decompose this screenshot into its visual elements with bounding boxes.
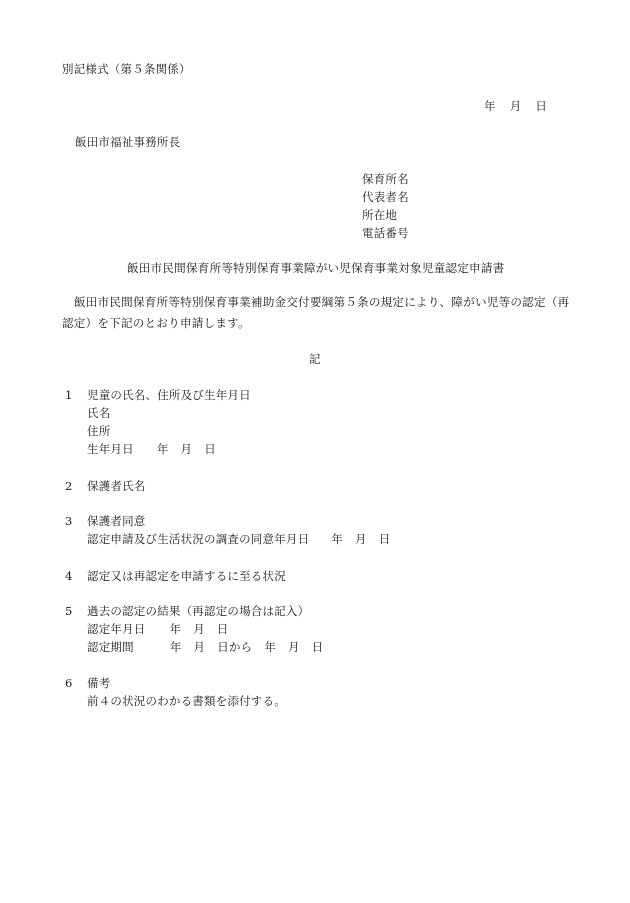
ki-heading: 記 — [309, 354, 321, 366]
item-number-5: 5 — [65, 606, 72, 618]
certification-period-label: 認定期間 — [87, 640, 134, 654]
child-name-label: 氏名 — [87, 408, 110, 420]
child-birthdate: 生年月日年月日 — [87, 444, 216, 456]
certification-month: 月 — [193, 622, 205, 636]
form-label: 別記様式（第５条関係） — [62, 64, 191, 76]
birthdate-day: 日 — [204, 442, 216, 456]
remarks-text: 前４の状況のわかる書類を添付する。 — [87, 696, 286, 708]
field-address: 所在地 — [362, 210, 397, 222]
certification-date: 認定年月日年月日 — [87, 624, 229, 636]
child-birthdate-label: 生年月日 — [87, 442, 134, 456]
item-heading-6: 備考 — [87, 678, 110, 690]
consent-year: 年 — [331, 532, 343, 546]
item-heading-4: 認定又は再認定を申請するに至る状況 — [87, 571, 286, 583]
field-nursery-name: 保育所名 — [362, 174, 409, 186]
field-phone-number: 電話番号 — [362, 228, 409, 240]
date-year: 年 — [484, 99, 496, 113]
field-representative-name: 代表者名 — [362, 192, 409, 204]
certification-day: 日 — [217, 622, 229, 636]
consent-month: 月 — [355, 532, 367, 546]
item-heading-5: 過去の認定の結果（再認定の場合は記入） — [87, 606, 309, 618]
date-month: 月 — [510, 99, 522, 113]
item-number-3: 3 — [65, 516, 72, 528]
period-start-year: 年 — [170, 640, 182, 654]
item-heading-3: 保護者同意 — [87, 516, 146, 528]
consent-date-label: 認定申請及び生活状況の調査の同意年月日 — [87, 532, 309, 546]
addressee: 飯田市福祉事務所長 — [75, 137, 180, 149]
item-heading-2: 保護者氏名 — [87, 481, 146, 493]
certification-date-label: 認定年月日 — [87, 622, 146, 636]
period-end-day: 日 — [312, 640, 324, 654]
item-number-4: 4 — [65, 571, 72, 583]
certification-year: 年 — [170, 622, 182, 636]
consent-day: 日 — [379, 532, 391, 546]
body-line-1: 飯田市民間保育所等特別保育事業補助金交付要綱第５条の規定により、障がい児等の認定… — [74, 297, 569, 309]
period-start-day: 日から — [217, 640, 252, 654]
application-date: 年月日 — [484, 101, 547, 113]
item-number-2: 2 — [65, 481, 72, 493]
certification-period: 認定期間年月日から年月日 — [87, 642, 323, 654]
period-end-month: 月 — [288, 640, 300, 654]
birthdate-year: 年 — [157, 442, 169, 456]
date-day: 日 — [535, 99, 547, 113]
consent-date: 認定申請及び生活状況の調査の同意年月日年月日 — [87, 534, 390, 546]
item-heading-1: 児童の氏名、住所及び生年月日 — [87, 390, 251, 402]
child-address-label: 住所 — [87, 426, 110, 438]
item-number-1: 1 — [65, 390, 72, 402]
item-number-6: 6 — [65, 678, 72, 690]
period-end-year: 年 — [264, 640, 276, 654]
body-line-2: 認定）を下記のとおり申請します。 — [62, 318, 250, 330]
document-title: 飯田市民間保育所等特別保育事業障がい児保育事業対象児童認定申請書 — [127, 263, 504, 275]
birthdate-month: 月 — [181, 442, 193, 456]
period-start-month: 月 — [194, 640, 206, 654]
